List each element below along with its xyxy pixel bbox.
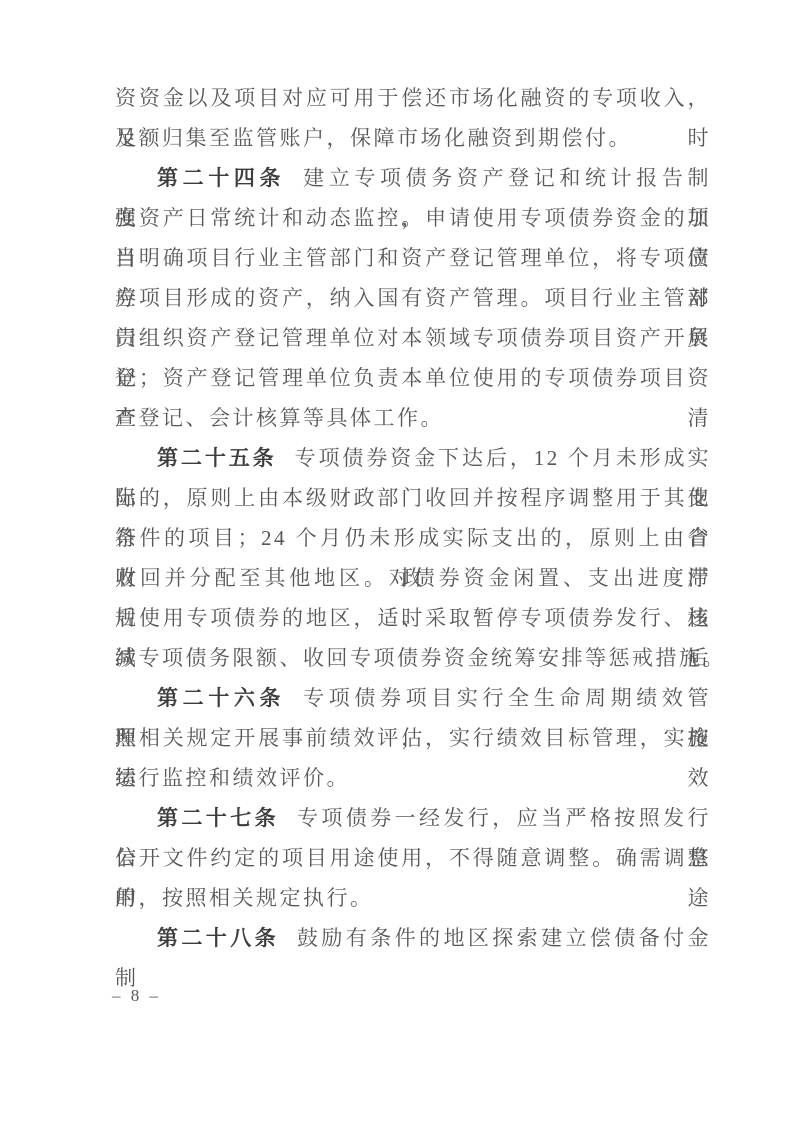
text-line: 第二十五条专项债券资金下达后，12 个月未形成实际支	[115, 438, 711, 478]
text-line: 第二十八条鼓励有条件的地区探索建立偿债备付金制	[115, 918, 711, 958]
article-number: 第二十六条	[157, 686, 303, 710]
document-body: 资资金以及项目对应可用于偿还市场化融资的专项收入，及时足额归集至监管账户，保障市…	[115, 78, 711, 958]
text-line: 记；资产登记管理单位负责本单位使用的专项债券项目资产清	[115, 358, 711, 398]
text-line: 足额归集至监管账户，保障市场化融资到期偿付。	[115, 118, 711, 158]
text-line: 规使用专项债券的地区，适时采取暂停专项债券发行、核减后	[115, 598, 711, 638]
article-number: 第二十五条	[157, 446, 295, 470]
text-line: 应项目形成的资产，纳入国有资产管理。项目行业主管部门负	[115, 278, 711, 318]
text-line: 照相关规定开展事前绩效评估，实行绩效目标管理，实施绩效	[115, 718, 711, 758]
text-line: 公开文件约定的项目用途使用，不得随意调整。确需调整用途	[115, 838, 711, 878]
text-line: 收回并分配至其他地区。对债券资金闲置、支出进度滞后、违	[115, 558, 711, 598]
page-number: – 8 –	[112, 986, 161, 1006]
article-number: 第二十四条	[157, 166, 303, 190]
text-line: 出的，原则上由本级财政部门收回并按程序调整用于其他符合	[115, 478, 711, 518]
text-line: 资资金以及项目对应可用于偿还市场化融资的专项收入，及时	[115, 78, 711, 118]
text-line: 第二十七条专项债券一经发行，应当严格按照发行信息	[115, 798, 711, 838]
text-line: 第二十六条专项债券项目实行全生命周期绩效管理，按	[115, 678, 711, 718]
text-line: 强资产日常统计和动态监控。申请使用专项债券资金的项目应	[115, 198, 711, 238]
article-number: 第二十七条	[157, 806, 297, 830]
text-line: 当明确项目行业主管部门和资产登记管理单位，将专项债券对	[115, 238, 711, 278]
text-line: 第二十四条建立专项债务资产登记和统计报告制度，加	[115, 158, 711, 198]
article-number: 第二十八条	[157, 926, 297, 950]
text-line: 续专项债务限额、收回专项债券资金统筹安排等惩戒措施。	[115, 638, 711, 678]
text-line: 责组织资产登记管理单位对本领域专项债券项目资产开展登	[115, 318, 711, 358]
text-line: 条件的项目；24 个月仍未形成实际支出的，原则上由省财政厅	[115, 518, 711, 558]
document-page: 资资金以及项目对应可用于偿还市场化融资的专项收入，及时足额归集至监管账户，保障市…	[0, 0, 793, 1121]
